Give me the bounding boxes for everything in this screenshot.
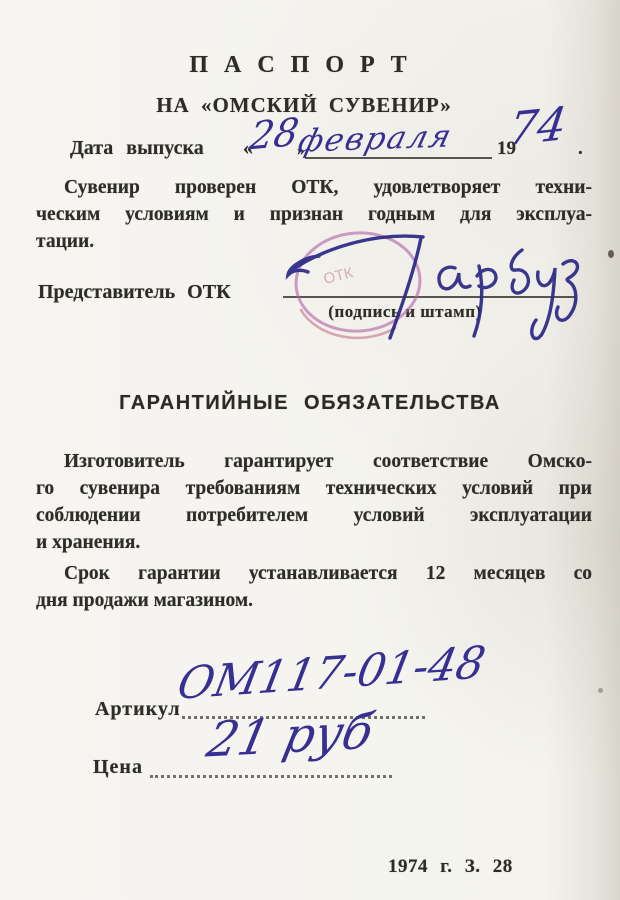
handwritten-article-value: ОМ117-01-48 xyxy=(173,637,489,710)
paragraph-line: соблюдении потребителем условий эксплуат… xyxy=(36,502,592,529)
scan-speck xyxy=(598,688,603,693)
paragraph-line: Изготовитель гарантирует соответствие Ом… xyxy=(36,448,592,475)
year-period: . xyxy=(578,138,583,160)
print-imprint: 1974 г. З. 28 xyxy=(388,856,513,878)
signature-strokes xyxy=(288,236,577,339)
signature-and-stamp-art: ОТК xyxy=(273,218,585,346)
document-page: П А С П О Р Т НА «ОМСКИЙ СУВЕНИР» Дата в… xyxy=(0,0,620,900)
price-label: Цена xyxy=(93,756,143,779)
stamp-icon: ОТК xyxy=(293,229,424,338)
stamp-text: ОТК xyxy=(322,264,355,288)
paragraph-line: и хранения. xyxy=(36,529,592,556)
issue-date-label: Дата выпуска xyxy=(70,137,204,160)
paragraph-line: Срок гарантии устанавливается 12 месяцев… xyxy=(36,560,592,587)
handwritten-year: 74 xyxy=(505,96,570,156)
paragraph-line: Сувенир проверен ОТК, удовлетворяет техн… xyxy=(36,174,592,201)
handwritten-month: февраля xyxy=(295,118,457,160)
scan-speck xyxy=(608,250,614,258)
otk-representative-label: Представитель ОТК xyxy=(38,281,231,304)
handwritten-price-value: 21 руб xyxy=(202,703,378,768)
paragraph-line: го сувенира требованиям технических усло… xyxy=(36,475,592,502)
document-title: П А С П О Р Т xyxy=(0,52,600,79)
article-label: Артикул xyxy=(95,698,181,721)
warranty-heading: ГАРАНТИЙНЫЕ ОБЯЗАТЕЛЬСТВА xyxy=(0,392,620,415)
warranty-paragraph-1: Изготовитель гарантирует соответствие Ом… xyxy=(36,448,592,556)
handwritten-day: 28 xyxy=(247,109,302,158)
price-blank-line xyxy=(150,775,392,778)
warranty-paragraph-2: Срок гарантии устанавливается 12 месяцев… xyxy=(36,560,592,614)
paragraph-line: дня продажи магазином. xyxy=(36,587,592,614)
